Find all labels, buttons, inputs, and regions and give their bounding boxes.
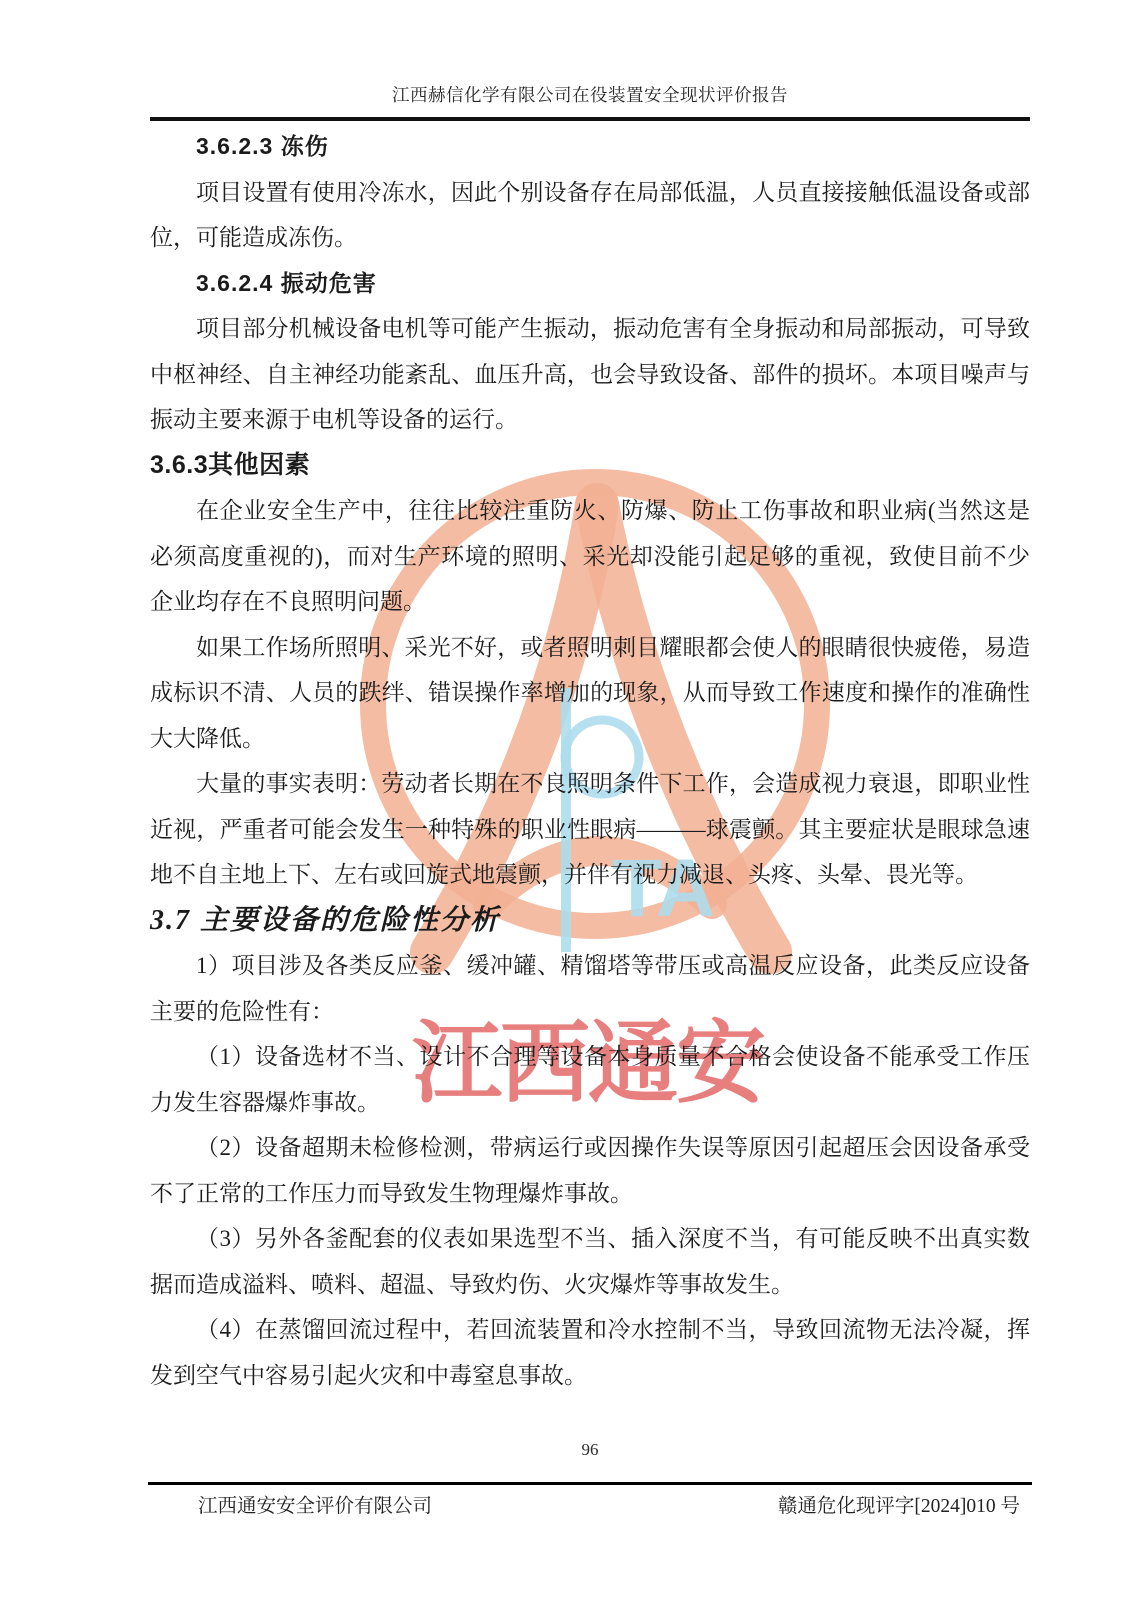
page-number: 96 [150, 1440, 1030, 1460]
heading-3.7: 3.7 主要设备的危险性分析 [150, 898, 1030, 944]
paragraph-equipment-intro: 1）项目涉及各类反应釜、缓冲罐、精馏塔等带压或高温反应设备，此类反应设备主要的危… [150, 943, 1030, 1034]
paragraph-vibration: 项目部分机械设备电机等可能产生振动，振动危害有全身振动和局部振动，可导致中枢神经… [150, 306, 1030, 443]
footer-rule [148, 1482, 1032, 1485]
paragraph-hazard-3: （3）另外各釜配套的仪表如果选型不当、插入深度不当，有可能反映不出真实数据而造成… [150, 1216, 1030, 1307]
header-rule [150, 117, 1030, 121]
report-header-title: 江西赫信化学有限公司在役装置安全现状评价报告 [150, 82, 1030, 107]
heading-3.6.2.4: 3.6.2.4 振动危害 [150, 261, 1030, 307]
footer-document-number: 赣通危化现评字[2024]010 号 [778, 1490, 1030, 1518]
heading-3.6.2.3: 3.6.2.3 冻伤 [150, 124, 1030, 170]
paragraph-lighting-1: 在企业安全生产中，往往比较注重防火、防爆、防止工伤事故和职业病(当然这是必须高度… [150, 488, 1030, 625]
paragraph-lighting-2: 如果工作场所照明、采光不好，或者照明刺目耀眼都会使人的眼睛很快疲倦，易造成标识不… [150, 625, 1030, 762]
footer: 江西通安安全评价有限公司 赣通危化现评字[2024]010 号 [150, 1490, 1030, 1518]
document-body: 3.6.2.3 冻伤 项目设置有使用冷冻水，因此个别设备存在局部低温，人员直接接… [150, 124, 1030, 1398]
heading-3.6.3: 3.6.3其他因素 [150, 443, 1030, 489]
paragraph-hazard-2: （2）设备超期未检修检测，带病运行或因操作失误等原因引起超压会因设备承受不了正常… [150, 1125, 1030, 1216]
paragraph-hazard-4: （4）在蒸馏回流过程中，若回流装置和冷水控制不当，导致回流物无法冷凝，挥发到空气… [150, 1307, 1030, 1398]
paragraph-lighting-3: 大量的事实表明：劳动者长期在不良照明条件下工作，会造成视力衰退，即职业性近视，严… [150, 761, 1030, 898]
paragraph-hazard-1: （1）设备选材不当、设计不合理等设备本身质量不合格会使设备不能承受工作压力发生容… [150, 1034, 1030, 1125]
document-page: TA 江西通安 江西赫信化学有限公司在役装置安全现状评价报告 3.6.2.3 冻… [0, 0, 1131, 1600]
footer-company-name: 江西通安安全评价有限公司 [150, 1490, 432, 1518]
content-layer: 江西赫信化学有限公司在役装置安全现状评价报告 3.6.2.3 冻伤 项目设置有使… [0, 0, 1131, 1600]
paragraph-frostbite: 项目设置有使用冷冻水，因此个别设备存在局部低温，人员直接接触低温设备或部位，可能… [150, 170, 1030, 261]
